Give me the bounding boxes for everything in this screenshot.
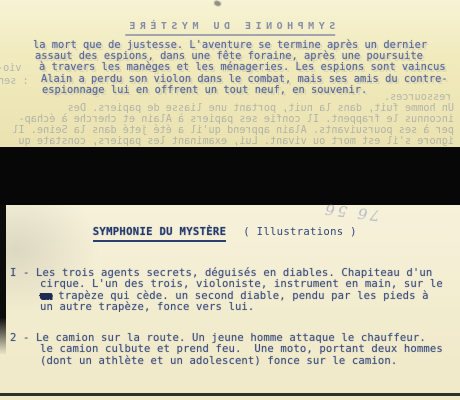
illustrations-label: ( Illustrations ) [243,226,357,238]
bleed-through-line: inconnus le frappent. Il confie ses papi… [4,114,454,125]
illustration-item-2: 2 - Le camion sur la route. Un jeune hom… [10,333,443,367]
top-paper-sheet: SYMPHONIE DU MYSTÈRE la mort que de just… [0,0,460,147]
bleed-through-fragment: vio- [0,63,22,74]
bleed-through-title: SYMPHONIE DU MYSTÈRE [125,21,335,36]
bleed-through-line: ignore s'il est mort ou vivant. Lui, exa… [4,136,454,147]
black-masking-band [0,147,460,205]
page-bottom-edge [0,393,460,396]
bleed-through-fragment: ressources. [384,92,451,103]
scan-edge-strip [0,205,6,355]
bleed-through-fragment: : sen [0,76,29,87]
bleed-through-line: Un homme fuit, dans la nuit, portant une… [4,103,454,114]
scanned-document-page: SYMPHONIE DU MYSTÈRE la mort que de just… [0,0,460,400]
synopsis-paragraph: la mort que de justesse. L'aventure se t… [33,40,448,96]
illustration-item-1: I - Les trois agents secrets, déguisés e… [10,268,443,313]
item-line: un autre trapèze, fonce vers lui. [10,302,443,313]
overtyped-correction: un [40,290,52,302]
section-heading: SYMPHONIE DU MYSTÈRE( Illustrations ) [66,214,357,250]
item-line: (dont un athlète et un adolescent) fonce… [10,356,443,367]
paragraph-line: à travers les manèges et les ménageries.… [33,62,448,73]
ink-smudge [213,0,221,7]
bleed-through-line: per à ses poursuivants. Alain apprend qu… [4,125,454,136]
item-line-text: trapèze qui cède. un second diable, pend… [52,290,429,302]
heading-title: SYMPHONIE DU MYSTÈRE [93,226,227,242]
item-line: le camion culbute et prend feu. Une moto… [10,344,443,355]
